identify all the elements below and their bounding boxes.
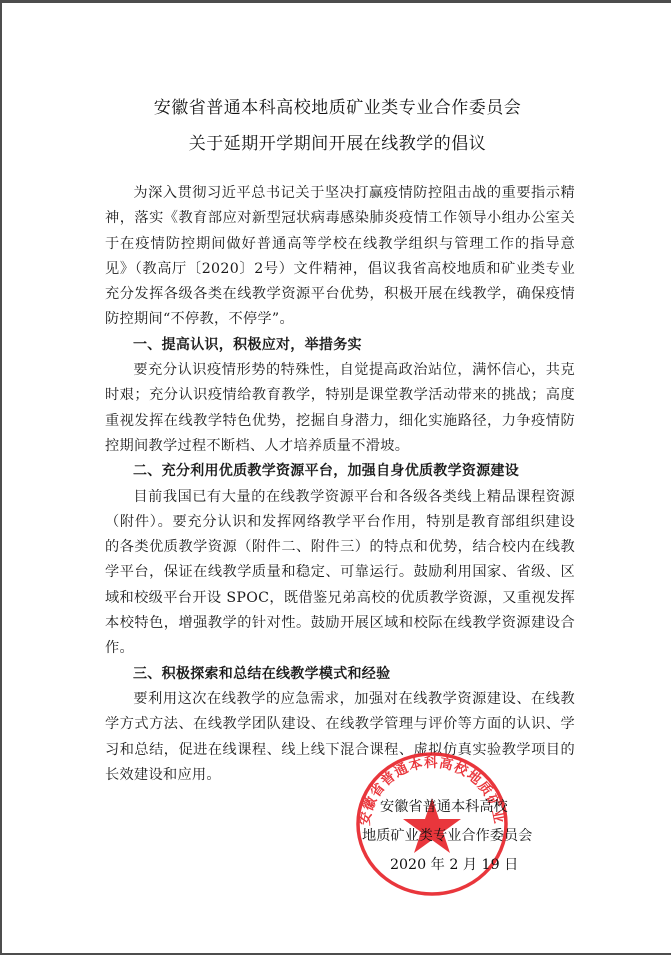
document-body: 为深入贯彻习近平总书记关于坚决打赢疫情防控阻击战的重要指示精神，落实《教育部应对… <box>105 181 575 788</box>
document-title-line2: 关于延期开学期间开展在线教学的倡议 <box>2 129 671 154</box>
signature-date: 2020 年 2 月 19 日 <box>390 854 518 874</box>
document-title-line1: 安徽省普通本科高校地质矿业类专业合作委员会 <box>2 93 671 118</box>
section-heading-1: 一、提高认识，积极应对，举措务实 <box>105 333 575 358</box>
official-seal-icon: 安徽省普通本科高校地质矿业类专业合作委员会 <box>347 748 517 898</box>
section-text-2: 目前我国已有大量的在线教学资源平台和各级各类线上精品课程资源（附件）。要充分认识… <box>105 485 575 662</box>
signature-org-line1: 安徽省普通本科高校 <box>380 796 508 816</box>
section-heading-3: 三、积极探索和总结在线教学模式和经验 <box>105 662 575 687</box>
intro-paragraph: 为深入贯彻习近平总书记关于坚决打赢疫情防控阻击战的重要指示精神，落实《教育部应对… <box>105 181 575 333</box>
section-text-1: 要充分认识疫情形势的特殊性，自觉提高政治站位，满怀信心，共克时艰；充分认识疫情给… <box>105 358 575 459</box>
document-page: 安徽省普通本科高校地质矿业类专业合作委员会 关于延期开学期间开展在线教学的倡议 … <box>0 0 671 955</box>
section-heading-2: 二、充分利用优质教学资源平台，加强自身优质教学资源建设 <box>105 459 575 484</box>
signature-org-line2: 地质矿业类专业合作委员会 <box>362 825 532 845</box>
